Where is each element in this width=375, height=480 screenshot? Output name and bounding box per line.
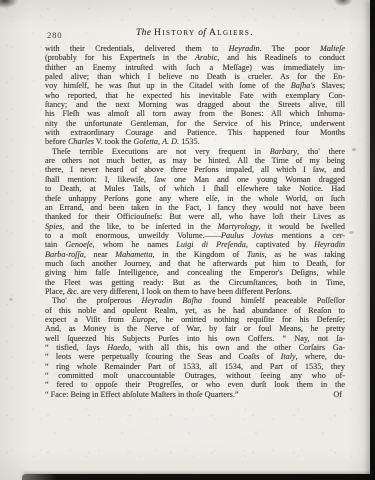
text-line: well ſqueezed his Subjects Purſes into h… xyxy=(45,334,345,343)
text-line: are others not much better, as may be hi… xyxy=(45,156,345,165)
text-line: the Fleet was getting ready: But as the … xyxy=(45,278,345,287)
running-title-part: History xyxy=(154,27,196,38)
text-line: with their Credentials, delivered them t… xyxy=(45,44,345,53)
page-number: 280 xyxy=(47,30,62,40)
text-line: thither an Enemy intruſted with ſuch a M… xyxy=(45,63,345,72)
text-line: ſtancy; and the next Morning was dragged… xyxy=(45,100,345,109)
text-line: voy himſelf, he was ſhut up in the Citad… xyxy=(45,81,345,90)
text-line: an Errand, and been taken in the Fact, I… xyxy=(45,203,345,212)
text-line: with extraordinary Courage and Patience.… xyxy=(45,128,345,137)
text-line: before Charles V. took the Goletta, A. D… xyxy=(45,137,345,146)
running-title-part: of xyxy=(196,27,209,38)
text-line: to Death, at Mules Tails, of which I ſha… xyxy=(45,184,345,193)
text-line: paled alive; than which I believe no Dea… xyxy=(45,72,345,81)
text-line: his Fleſh was almoſt all torn away from … xyxy=(45,109,345,118)
text-line: who reported, that he expected his inevi… xyxy=(45,91,345,100)
scan-edge-shadow-bottom xyxy=(22,474,375,480)
running-title: The History of Algiers. xyxy=(45,27,345,38)
text-line: And, as Money is the Nerve of War, by fa… xyxy=(45,324,345,333)
text-line: “ tisfied, ſays Haedo, with all this, hi… xyxy=(45,343,345,352)
scan-edge-shadow-right xyxy=(370,0,375,480)
text-line: Tho' the proſperous Heyradin Baſha found… xyxy=(45,296,345,305)
text-line: Theſe terrible Executions are not very f… xyxy=(45,147,345,156)
text-line: there, I never heard of above three Perſ… xyxy=(45,165,345,174)
text-line: to a moſt enormous, unweildy Volume.——Pa… xyxy=(45,231,345,240)
text-line: theſe unhappy Perſons gone any where elſ… xyxy=(45,194,345,203)
scan-smudge-top-left xyxy=(0,0,18,8)
text-line: “ committed moſt unaccountable Outrages,… xyxy=(45,371,345,380)
text-line: much ſuch another Journey, and that he a… xyxy=(45,259,345,268)
text-line: thanked for their Officiouſneſs: But wer… xyxy=(45,212,345,221)
catchword: Of xyxy=(333,390,342,399)
text-line: Place, &c. are very different, I look on… xyxy=(45,287,345,296)
text-line: “ Face: Being in Effect abſolute Maſters… xyxy=(45,390,345,399)
scan-background: { "page": { "page_number": "280", "runni… xyxy=(0,0,375,480)
text-line: nity the unfortunate Gentleman, for the … xyxy=(45,119,345,128)
text-line: giving him falſe Intelligence, and conce… xyxy=(45,268,345,277)
page-body-text: with their Credentials, delivered them t… xyxy=(45,44,345,399)
text-line: expect a Viſit from Europe, he omitted n… xyxy=(45,315,345,324)
page-content: 280 The History of Algiers. with their C… xyxy=(45,27,345,399)
text-line: Barba-roſſa, near Mahametta, in the King… xyxy=(45,250,345,259)
running-title-part: Algiers. xyxy=(209,27,254,38)
scanned-book-page: 280 The History of Algiers. with their C… xyxy=(0,0,375,480)
scan-speck xyxy=(9,298,13,301)
text-line: “ fered to oppoſe their Progreſſes, or w… xyxy=(45,380,345,389)
scan-speck xyxy=(352,148,356,151)
page-header: 280 The History of Algiers. xyxy=(45,27,345,42)
text-line: tain Genoeſe, whom he names Luigi di Pre… xyxy=(45,240,345,249)
text-line: Spies, and the like, to be inſerted in t… xyxy=(45,222,345,231)
text-line: ſhall mention: I, likewiſe, ſaw one Man … xyxy=(45,175,345,184)
text-line: (probably for his Expertneſs in the Arab… xyxy=(45,53,345,62)
text-line: “ ring whole Remainder Part of 1533, all… xyxy=(45,362,345,371)
scan-speck xyxy=(349,231,354,234)
running-title-part: The xyxy=(136,27,154,38)
text-line: “ leots were perpetually ſcouring the Se… xyxy=(45,352,345,361)
scan-mark-top-right xyxy=(334,0,352,6)
text-line: of this noble and opulent Realm, yet, as… xyxy=(45,306,345,315)
